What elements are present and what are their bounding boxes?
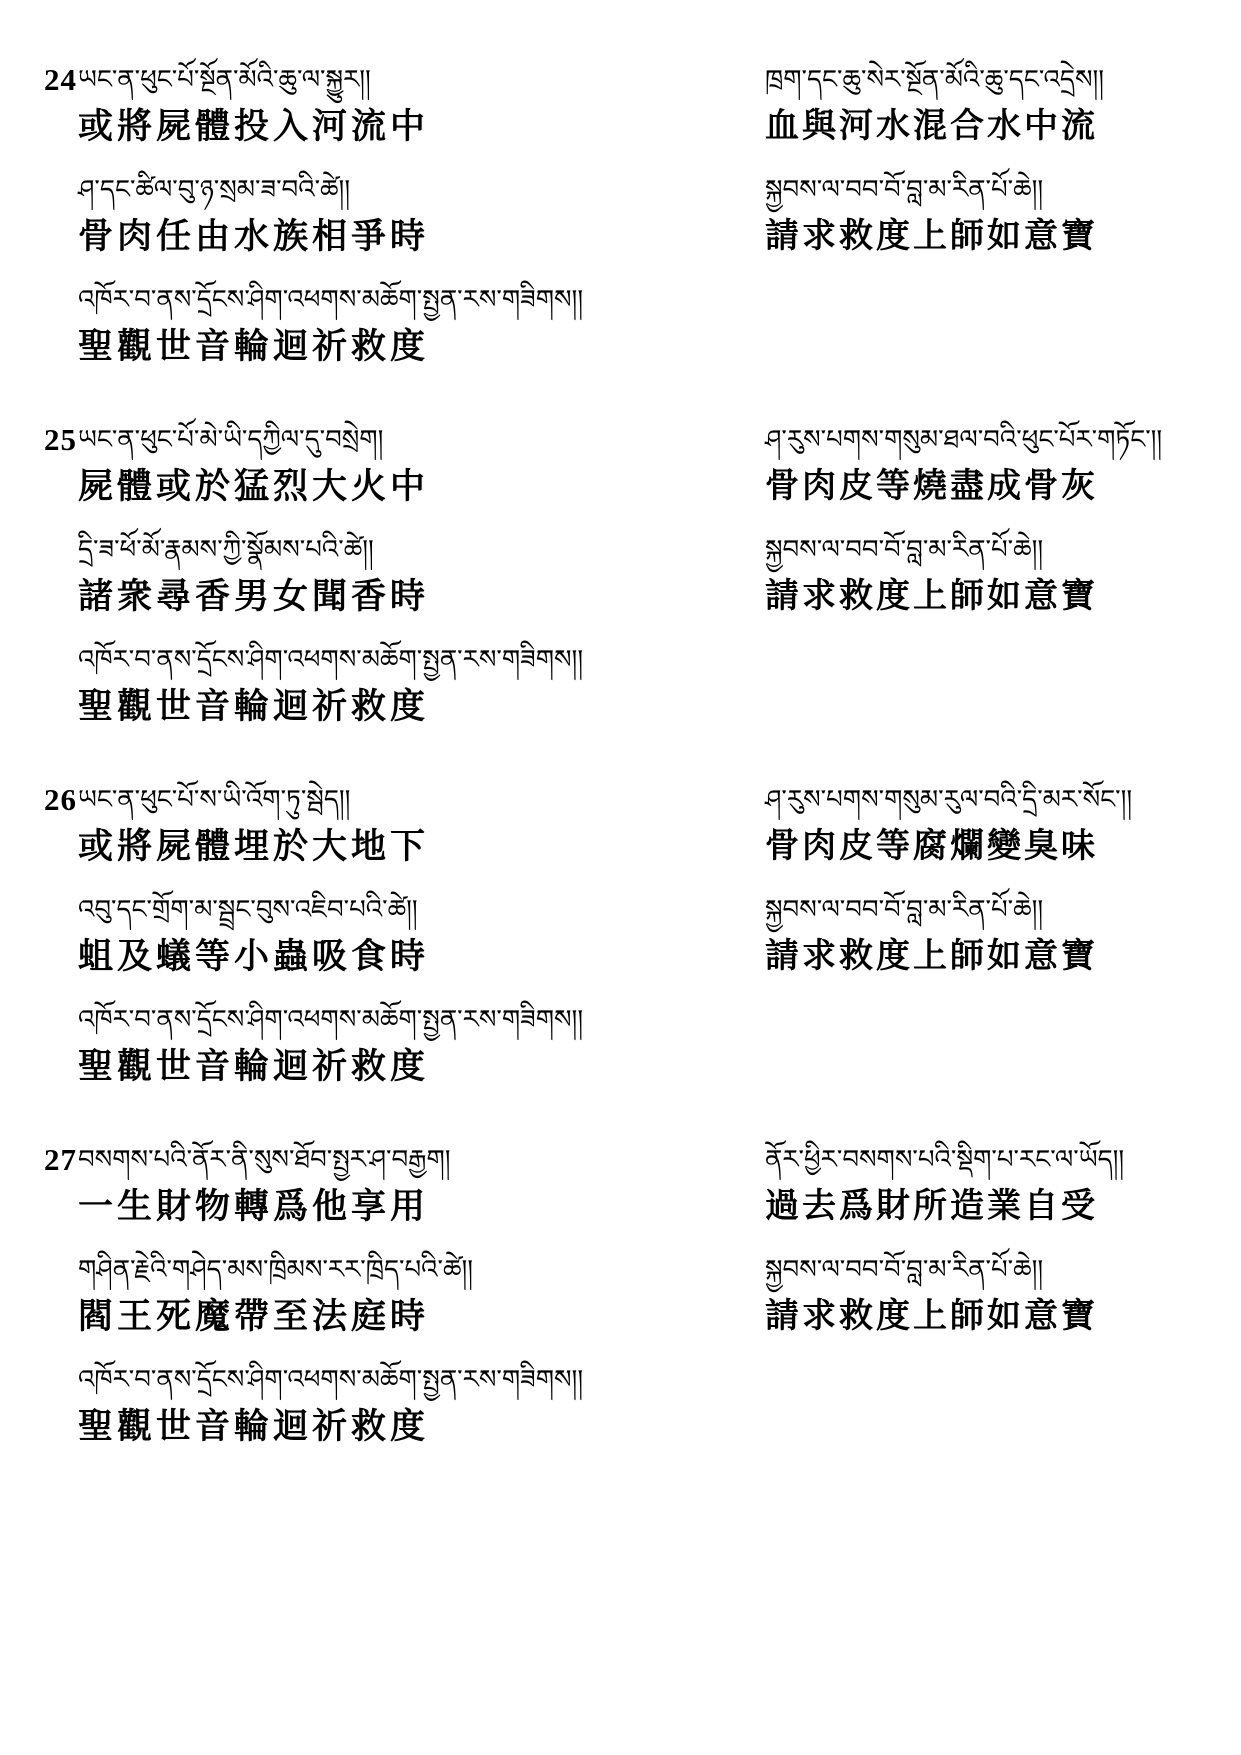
chinese-line: 過去爲財所造業自受 bbox=[765, 1184, 1241, 1230]
verse-couplet: འཁོར་བ་ནས་དྲོངས་ཤིག་འཕགས་མཆོག་སྤྱན་རས་གཟ… bbox=[78, 996, 640, 1090]
verse-25-right-column: ཤ་རུས་པགས་གསུམ་ཐལ་བའི་ཕུང་པོར་གཏོང་།། 骨肉… bbox=[640, 416, 1241, 636]
verse-25-left-column: 25 ཡང་ན་ཕུང་པོ་མེ་ཡི་དཀྱིལ་དུ་བསྲེག། 屍體或… bbox=[0, 416, 640, 746]
chinese-line: 閻王死魔帶至法庭時 bbox=[78, 1294, 640, 1340]
chinese-line: 聖觀世音輪迴祈救度 bbox=[78, 324, 640, 370]
verse-couplet: ཁྲག་དང་ཆུ་སེར་སྔོན་མོའི་ཆུ་དང་འདྲེས།། 血與… bbox=[765, 56, 1241, 150]
verse-couplet: འཁོར་བ་ནས་དྲོངས་ཤིག་འཕགས་མཆོག་སྤྱན་རས་གཟ… bbox=[78, 636, 640, 730]
tibetan-line: ཤ་རུས་པགས་གསུམ་རུལ་བའི་དྲི་མར་སོང་།། bbox=[765, 776, 1241, 824]
tibetan-line: འབུ་དང་གྲོག་མ་སྦྲང་བུས་འཇིབ་པའི་ཚེ།། bbox=[78, 886, 640, 934]
verse-couplet: དྲི་ཟ་ཕོ་མོ་རྣམས་ཀྱི་སྣོམས་པའི་ཚེ།། 諸衆尋香… bbox=[78, 526, 640, 620]
chinese-line: 一生財物轉爲他享用 bbox=[78, 1184, 640, 1230]
verse-couplet: བསགས་པའི་ནོར་ནི་སུས་ཐོབ་སྤྱར་ཤ་བརྒྱག། 一生… bbox=[78, 1136, 640, 1230]
verse-number: 24 bbox=[44, 64, 77, 95]
verse-couplet: སྐྱབས་ལ་བབ་བོ་བླ་མ་རིན་པོ་ཆེ།། 請求救度上師如意寶 bbox=[765, 166, 1241, 260]
verse-block-24: 24 ཡང་ན་ཕུང་པོ་སྔོན་མོའི་ཆུ་ལ་སྐྱུར།། 或將… bbox=[0, 56, 1241, 386]
tibetan-line: བསགས་པའི་ནོར་ནི་སུས་ཐོབ་སྤྱར་ཤ་བརྒྱག། bbox=[78, 1136, 640, 1184]
tibetan-line: ཡང་ན་ཕུང་པོ་སྔོན་མོའི་ཆུ་ལ་སྐྱུར།། bbox=[78, 56, 640, 104]
verse-couplet: གཤིན་རྗེའི་གཤེད་མས་ཁྲིམས་རར་ཁྲིད་པའི་ཚེ།… bbox=[78, 1246, 640, 1340]
verse-couplet: ཤ་རུས་པགས་གསུམ་རུལ་བའི་དྲི་མར་སོང་།། 骨肉皮… bbox=[765, 776, 1241, 870]
verse-couplet: ཡང་ན་ཕུང་པོ་མེ་ཡི་དཀྱིལ་དུ་བསྲེག། 屍體或於猛烈… bbox=[78, 416, 640, 510]
verse-couplet: འཁོར་བ་ནས་དྲོངས་ཤིག་འཕགས་མཆོག་སྤྱན་རས་གཟ… bbox=[78, 276, 640, 370]
tibetan-line: སྐྱབས་ལ་བབ་བོ་བླ་མ་རིན་པོ་ཆེ།། bbox=[765, 166, 1241, 214]
tibetan-line: འཁོར་བ་ནས་དྲོངས་ཤིག་འཕགས་མཆོག་སྤྱན་རས་གཟ… bbox=[78, 996, 640, 1044]
verse-24-right-column: ཁྲག་དང་ཆུ་སེར་སྔོན་མོའི་ཆུ་དང་འདྲེས།། 血與… bbox=[640, 56, 1241, 276]
verse-block-27: 27 བསགས་པའི་ནོར་ནི་སུས་ཐོབ་སྤྱར་ཤ་བརྒྱག།… bbox=[0, 1136, 1241, 1466]
verse-couplet: ཤ་དང་ཚིལ་བུ་ཉ་སྲམ་ཟ་བའི་ཚེ།། 骨肉任由水族相爭時 bbox=[78, 166, 640, 260]
chinese-line: 血與河水混合水中流 bbox=[765, 104, 1241, 150]
chinese-line: 屍體或於猛烈大火中 bbox=[78, 464, 640, 510]
chinese-line: 蛆及蟻等小蟲吸食時 bbox=[78, 934, 640, 980]
verse-couplet: སྐྱབས་ལ་བབ་བོ་བླ་མ་རིན་པོ་ཆེ།། 請求救度上師如意寶 bbox=[765, 1246, 1241, 1340]
chinese-line: 或將屍體埋於大地下 bbox=[78, 824, 640, 870]
tibetan-line: ཤ་རུས་པགས་གསུམ་ཐལ་བའི་ཕུང་པོར་གཏོང་།། bbox=[765, 416, 1241, 464]
tibetan-line: སྐྱབས་ལ་བབ་བོ་བླ་མ་རིན་པོ་ཆེ།། bbox=[765, 526, 1241, 574]
verse-couplet: འབུ་དང་གྲོག་མ་སྦྲང་བུས་འཇིབ་པའི་ཚེ།། 蛆及蟻… bbox=[78, 886, 640, 980]
tibetan-line: འཁོར་བ་ནས་དྲོངས་ཤིག་འཕགས་མཆོག་སྤྱན་རས་གཟ… bbox=[78, 1356, 640, 1404]
chinese-line: 請求救度上師如意寶 bbox=[765, 934, 1241, 980]
verse-couplet: སྐྱབས་ལ་བབ་བོ་བླ་མ་རིན་པོ་ཆེ།། 請求救度上師如意寶 bbox=[765, 886, 1241, 980]
verse-couplet: འཁོར་བ་ནས་དྲོངས་ཤིག་འཕགས་མཆོག་སྤྱན་རས་གཟ… bbox=[78, 1356, 640, 1450]
tibetan-line: འཁོར་བ་ནས་དྲོངས་ཤིག་འཕགས་མཆོག་སྤྱན་རས་གཟ… bbox=[78, 276, 640, 324]
tibetan-line: ནོར་ཕྱིར་བསགས་པའི་སྡིག་པ་རང་ལ་ཡོད།། bbox=[765, 1136, 1241, 1184]
verse-couplet: ཡང་ན་ཕུང་པོ་ས་ཡི་འོག་ཏུ་སྦེད།། 或將屍體埋於大地下 bbox=[78, 776, 640, 870]
verse-couplet: སྐྱབས་ལ་བབ་བོ་བླ་མ་རིན་པོ་ཆེ།། 請求救度上師如意寶 bbox=[765, 526, 1241, 620]
chinese-line: 請求救度上師如意寶 bbox=[765, 574, 1241, 620]
verse-26-right-column: ཤ་རུས་པགས་གསུམ་རུལ་བའི་དྲི་མར་སོང་།། 骨肉皮… bbox=[640, 776, 1241, 996]
tibetan-line: འཁོར་བ་ནས་དྲོངས་ཤིག་འཕགས་མཆོག་སྤྱན་རས་གཟ… bbox=[78, 636, 640, 684]
chinese-line: 聖觀世音輪迴祈救度 bbox=[78, 1044, 640, 1090]
verse-26-left-column: 26 ཡང་ན་ཕུང་པོ་ས་ཡི་འོག་ཏུ་སྦེད།། 或將屍體埋於… bbox=[0, 776, 640, 1106]
tibetan-line: སྐྱབས་ལ་བབ་བོ་བླ་མ་རིན་པོ་ཆེ།། bbox=[765, 886, 1241, 934]
chinese-line: 骨肉任由水族相爭時 bbox=[78, 214, 640, 260]
tibetan-line: ཡང་ན་ཕུང་པོ་ས་ཡི་འོག་ཏུ་སྦེད།། bbox=[78, 776, 640, 824]
chinese-line: 或將屍體投入河流中 bbox=[78, 104, 640, 150]
verse-couplet: ནོར་ཕྱིར་བསགས་པའི་སྡིག་པ་རང་ལ་ཡོད།། 過去爲財… bbox=[765, 1136, 1241, 1230]
chinese-line: 骨肉皮等腐爛變臭味 bbox=[765, 824, 1241, 870]
tibetan-line: ཁྲག་དང་ཆུ་སེར་སྔོན་མོའི་ཆུ་དང་འདྲེས།། bbox=[765, 56, 1241, 104]
tibetan-line: སྐྱབས་ལ་བབ་བོ་བླ་མ་རིན་པོ་ཆེ།། bbox=[765, 1246, 1241, 1294]
verse-block-25: 25 ཡང་ན་ཕུང་པོ་མེ་ཡི་དཀྱིལ་དུ་བསྲེག། 屍體或… bbox=[0, 416, 1241, 746]
verse-27-right-column: ནོར་ཕྱིར་བསགས་པའི་སྡིག་པ་རང་ལ་ཡོད།། 過去爲財… bbox=[640, 1136, 1241, 1356]
chinese-line: 請求救度上師如意寶 bbox=[765, 214, 1241, 260]
tibetan-line: གཤིན་རྗེའི་གཤེད་མས་ཁྲིམས་རར་ཁྲིད་པའི་ཚེ།… bbox=[78, 1246, 640, 1294]
tibetan-line: ཤ་དང་ཚིལ་བུ་ཉ་སྲམ་ཟ་བའི་ཚེ།། bbox=[78, 166, 640, 214]
verse-couplet: ཤ་རུས་པགས་གསུམ་ཐལ་བའི་ཕུང་པོར་གཏོང་།། 骨肉… bbox=[765, 416, 1241, 510]
verse-number: 25 bbox=[44, 424, 77, 455]
verse-couplet: ཡང་ན་ཕུང་པོ་སྔོན་མོའི་ཆུ་ལ་སྐྱུར།། 或將屍體投… bbox=[78, 56, 640, 150]
chinese-line: 請求救度上師如意寶 bbox=[765, 1294, 1241, 1340]
chinese-line: 聖觀世音輪迴祈救度 bbox=[78, 684, 640, 730]
chinese-line: 諸衆尋香男女聞香時 bbox=[78, 574, 640, 620]
verse-27-left-column: 27 བསགས་པའི་ནོར་ནི་སུས་ཐོབ་སྤྱར་ཤ་བརྒྱག།… bbox=[0, 1136, 640, 1466]
tibetan-line: ཡང་ན་ཕུང་པོ་མེ་ཡི་དཀྱིལ་དུ་བསྲེག། bbox=[78, 416, 640, 464]
verse-number: 27 bbox=[44, 1144, 77, 1175]
chinese-line: 聖觀世音輪迴祈救度 bbox=[78, 1404, 640, 1450]
document-page: 24 ཡང་ན་ཕུང་པོ་སྔོན་མོའི་ཆུ་ལ་སྐྱུར།། 或將… bbox=[0, 0, 1241, 1755]
chinese-line: 骨肉皮等燒盡成骨灰 bbox=[765, 464, 1241, 510]
tibetan-line: དྲི་ཟ་ཕོ་མོ་རྣམས་ཀྱི་སྣོམས་པའི་ཚེ།། bbox=[78, 526, 640, 574]
verse-block-26: 26 ཡང་ན་ཕུང་པོ་ས་ཡི་འོག་ཏུ་སྦེད།། 或將屍體埋於… bbox=[0, 776, 1241, 1106]
verse-24-left-column: 24 ཡང་ན་ཕུང་པོ་སྔོན་མོའི་ཆུ་ལ་སྐྱུར།། 或將… bbox=[0, 56, 640, 386]
verse-number: 26 bbox=[44, 784, 77, 815]
